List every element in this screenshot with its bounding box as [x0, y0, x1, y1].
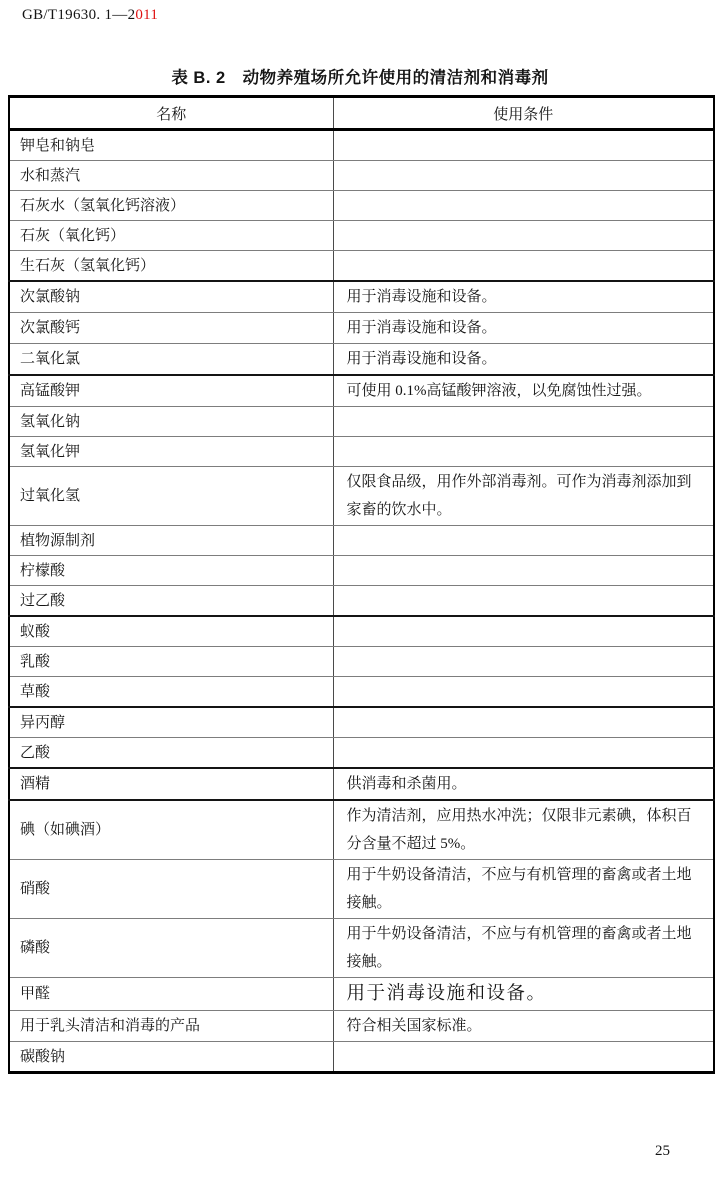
table-row: 高锰酸钾可使用 0.1%高锰酸钾溶液，以免腐蚀性过强。 [9, 375, 714, 407]
table-row: 次氯酸钠用于消毒设施和设备。 [9, 281, 714, 313]
usage-condition [333, 707, 714, 738]
table-row: 柠檬酸 [9, 556, 714, 586]
usage-condition [333, 407, 714, 437]
usage-condition: 用于消毒设施和设备。 [333, 344, 714, 376]
substance-name: 蚁酸 [9, 616, 333, 647]
usage-condition: 可使用 0.1%高锰酸钾溶液，以免腐蚀性过强。 [333, 375, 714, 407]
substance-name: 用于乳头清洁和消毒的产品 [9, 1011, 333, 1042]
usage-condition [333, 221, 714, 251]
usage-condition [333, 616, 714, 647]
table-row: 用于乳头清洁和消毒的产品符合相关国家标准。 [9, 1011, 714, 1042]
usage-condition [333, 191, 714, 221]
substance-name: 柠檬酸 [9, 556, 333, 586]
substance-name: 乳酸 [9, 647, 333, 677]
table-row: 过氧化氢仅限食品级，用作外部消毒剂。可作为消毒剂添加到家畜的饮水中。 [9, 467, 714, 526]
table-row: 植物源制剂 [9, 526, 714, 556]
table-row: 乳酸 [9, 647, 714, 677]
table-row: 碘（如碘酒）作为清洁剂，应用热水冲洗；仅限非元素碘，体积百分含量不超过 5%。 [9, 800, 714, 860]
usage-condition [333, 251, 714, 282]
substance-name: 酒精 [9, 768, 333, 800]
table-row: 磷酸用于牛奶设备清洁，不应与有机管理的畜禽或者土地接触。 [9, 919, 714, 978]
table-row: 草酸 [9, 677, 714, 708]
table-row: 酒精供消毒和杀菌用。 [9, 768, 714, 800]
usage-condition [333, 586, 714, 617]
table-row: 硝酸用于牛奶设备清洁，不应与有机管理的畜禽或者土地接触。 [9, 860, 714, 919]
table-body: 钾皂和钠皂水和蒸汽石灰水（氢氧化钙溶液）石灰（氧化钙）生石灰（氢氧化钙）次氯酸钠… [9, 130, 714, 1073]
usage-condition [333, 526, 714, 556]
usage-condition [333, 161, 714, 191]
standard-code-red: 011 [135, 7, 158, 23]
usage-condition [333, 738, 714, 769]
table-row: 蚁酸 [9, 616, 714, 647]
column-header-condition: 使用条件 [333, 97, 714, 130]
substance-name: 植物源制剂 [9, 526, 333, 556]
table-row: 碳酸钠 [9, 1042, 714, 1073]
usage-condition [333, 437, 714, 467]
substance-name: 过氧化氢 [9, 467, 333, 526]
standard-code: GB/T19630. 1—2011 [22, 7, 158, 24]
table-row: 氢氧化钾 [9, 437, 714, 467]
substance-name: 甲醛 [9, 978, 333, 1011]
usage-condition [333, 647, 714, 677]
table-header: 名称 使用条件 [9, 97, 714, 130]
table-title: 表 B. 2 动物养殖场所允许使用的清洁剂和消毒剂 [0, 64, 720, 88]
substance-name: 硝酸 [9, 860, 333, 919]
substance-name: 水和蒸汽 [9, 161, 333, 191]
usage-condition: 供消毒和杀菌用。 [333, 768, 714, 800]
table-row: 次氯酸钙用于消毒设施和设备。 [9, 313, 714, 344]
table-row: 异丙醇 [9, 707, 714, 738]
usage-condition [333, 677, 714, 708]
header-row: 名称 使用条件 [9, 97, 714, 130]
table-row: 石灰水（氢氧化钙溶液） [9, 191, 714, 221]
usage-condition [333, 130, 714, 161]
standard-code-black: GB/T19630. 1—2 [22, 7, 135, 23]
substance-name: 乙酸 [9, 738, 333, 769]
substance-name: 石灰水（氢氧化钙溶液） [9, 191, 333, 221]
table-row: 生石灰（氢氧化钙） [9, 251, 714, 282]
substance-name: 次氯酸钙 [9, 313, 333, 344]
table-row: 甲醛用于消毒设施和设备。 [9, 978, 714, 1011]
table-row: 过乙酸 [9, 586, 714, 617]
substance-name: 氢氧化钾 [9, 437, 333, 467]
usage-condition: 用于牛奶设备清洁，不应与有机管理的畜禽或者土地接触。 [333, 860, 714, 919]
usage-condition [333, 556, 714, 586]
substance-name: 异丙醇 [9, 707, 333, 738]
substance-name: 碳酸钠 [9, 1042, 333, 1073]
table-row: 氢氧化钠 [9, 407, 714, 437]
substance-name: 草酸 [9, 677, 333, 708]
substance-name: 石灰（氧化钙） [9, 221, 333, 251]
substance-name: 碘（如碘酒） [9, 800, 333, 860]
substance-name: 高锰酸钾 [9, 375, 333, 407]
table-row: 水和蒸汽 [9, 161, 714, 191]
usage-condition: 作为清洁剂，应用热水冲洗；仅限非元素碘，体积百分含量不超过 5%。 [333, 800, 714, 860]
substance-name: 钾皂和钠皂 [9, 130, 333, 161]
table-row: 石灰（氧化钙） [9, 221, 714, 251]
substance-name: 二氧化氯 [9, 344, 333, 376]
usage-condition: 用于消毒设施和设备。 [333, 281, 714, 313]
table-row: 二氧化氯用于消毒设施和设备。 [9, 344, 714, 376]
substance-name: 过乙酸 [9, 586, 333, 617]
document-page: { "page": { "doc_code_black": "GB/T19630… [0, 0, 720, 1181]
usage-condition: 用于消毒设施和设备。 [333, 978, 714, 1011]
table-row: 钾皂和钠皂 [9, 130, 714, 161]
usage-condition: 仅限食品级，用作外部消毒剂。可作为消毒剂添加到家畜的饮水中。 [333, 467, 714, 526]
page-number: 25 [655, 1143, 670, 1160]
usage-condition: 符合相关国家标准。 [333, 1011, 714, 1042]
usage-condition: 用于牛奶设备清洁，不应与有机管理的畜禽或者土地接触。 [333, 919, 714, 978]
substance-name: 次氯酸钠 [9, 281, 333, 313]
substance-name: 磷酸 [9, 919, 333, 978]
usage-condition [333, 1042, 714, 1073]
usage-condition: 用于消毒设施和设备。 [333, 313, 714, 344]
substance-name: 氢氧化钠 [9, 407, 333, 437]
substances-table: 名称 使用条件 钾皂和钠皂水和蒸汽石灰水（氢氧化钙溶液）石灰（氧化钙）生石灰（氢… [8, 95, 715, 1074]
column-header-name: 名称 [9, 97, 333, 130]
table-row: 乙酸 [9, 738, 714, 769]
substance-name: 生石灰（氢氧化钙） [9, 251, 333, 282]
